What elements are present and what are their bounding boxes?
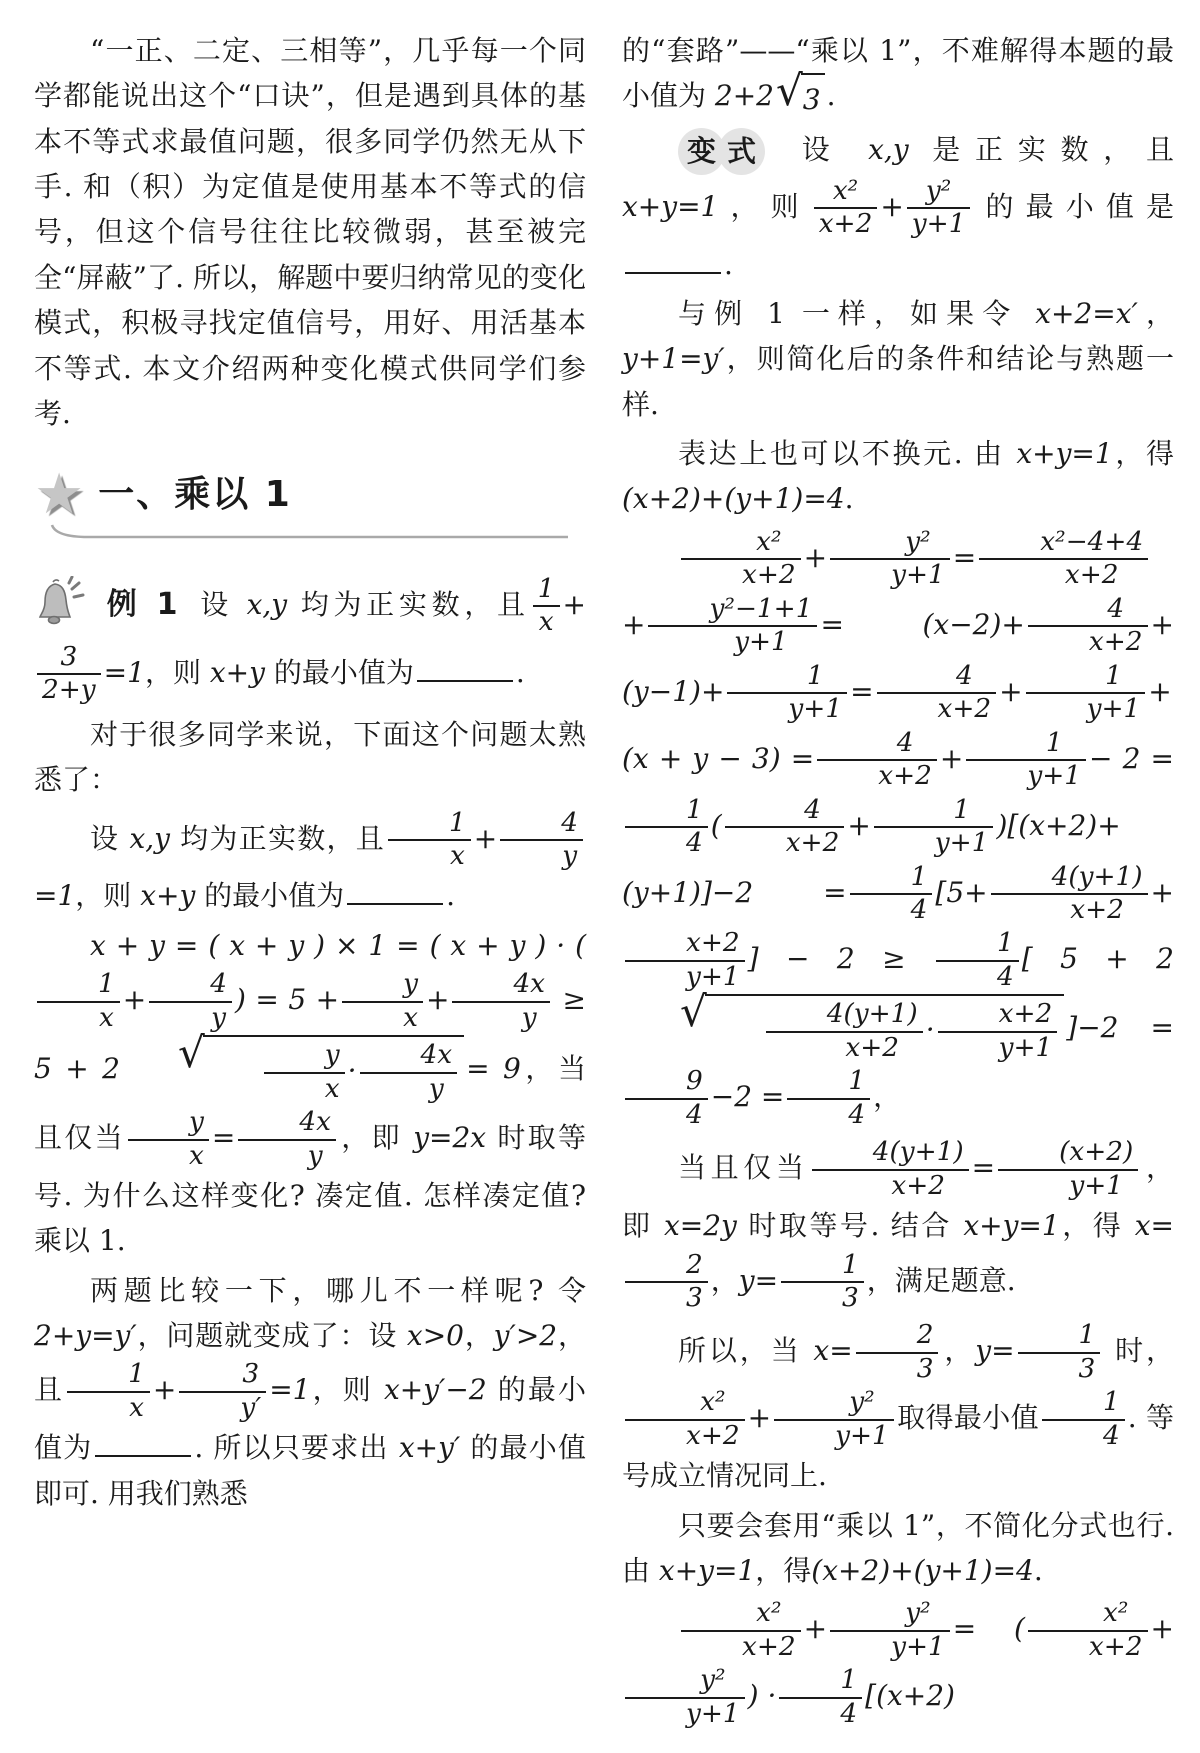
math-run: + [999,675,1022,708]
paragraph: 与例 1 一样，如果令 x+2=x′，y+1=y′，则简化后的条件和结论与熟题一… [622,291,1174,427]
fraction-denominator: y+1 [998,1171,1138,1201]
fraction-denominator: y+1 [966,761,1086,791]
fraction: 4xy [452,970,550,1033]
paragraph: 设 x,y 均为正实数，且1x+4y=1，则 x+y 的最小值为. [34,807,586,919]
math-run: = 9 [466,1052,521,1085]
fraction-denominator: 4 [936,962,1019,992]
fraction-denominator: 4 [787,1100,870,1130]
math-run: x>0 [407,1319,464,1352]
text-run: . [827,80,836,113]
math-run: x+y=1 [963,1209,1059,1242]
fraction-numerator: x² [681,528,801,560]
answer-blank [417,652,513,682]
math-run: + [426,983,449,1016]
text-run: ， [711,1264,739,1297]
text-run: ，即 [339,1121,413,1154]
text-run: 所以，当 [678,1334,813,1367]
math-run: =1 [34,879,75,912]
math-run: 2+y [34,1319,91,1352]
text-run: ，问题就变成了：设 [137,1319,407,1352]
left-column: “一正、二定、三相等”，几乎每一个同学都能说出这个“口诀”，但是遇到具体的基本不… [34,28,586,1735]
math-run: = (x−2)+ [820,608,1024,641]
fraction-numerator: 4(y+1) [766,1000,923,1032]
fraction-numerator: 4 [725,796,845,828]
fraction-denominator: x+2 [766,1033,923,1063]
fraction: y²−1+1y+1 [648,595,817,658]
math-run: + [1151,875,1174,908]
fraction-numerator: 1 [1026,662,1146,694]
math-run: x+y=1 [1016,437,1112,470]
fraction: 1y+1 [874,796,994,859]
math-run: + [748,1401,771,1434]
text-run: ，满足题意. [867,1264,1016,1297]
text-run: ，则 [311,1373,384,1406]
math-run: x+y [140,879,195,912]
fraction: x²x+2 [1028,1599,1148,1662]
math-run: 2+2 [715,80,774,113]
fraction-numerator: x² [625,1388,745,1420]
paragraph: 所以，当 x=23，y=13 时，x²x+2+y²y+1取得最小值14. 等号成… [622,1319,1174,1498]
math-run: + [847,809,870,842]
text-run: 的最小值为 [195,879,344,912]
fraction-denominator: 4 [850,895,933,925]
text-run: ， [873,1080,901,1113]
fraction: x+2y+1 [938,1000,1058,1063]
text-run: 设 [196,588,247,621]
fraction-denominator: x+2 [681,560,801,590]
left-paragraphs: 例 1设 x,y 均为正实数，且1x+32+y=1，则 x+y 的最小值为.对于… [34,573,586,1517]
math-run: + [474,822,497,855]
math-run: y′>2 [494,1319,557,1352]
math-run: + [563,588,586,621]
fraction-numerator: 9 [625,1067,708,1099]
math-run: ]−2 = [1066,1011,1174,1044]
radicand: yx·4xy [203,1035,464,1106]
fraction: y²y+1 [830,1599,950,1662]
math-run: (x+2)+(y+1)=4 [811,1554,1034,1587]
text-run: 与例 1 一样，如果令 [678,297,1035,330]
fraction: 1x [37,970,120,1033]
math-run: [(x+2) [865,1679,955,1712]
fraction-numerator: 1 [625,796,708,828]
math-run: =1 [269,1373,310,1406]
fraction-numerator: 3 [179,1360,266,1392]
fraction-numerator: 1 [850,863,933,895]
fraction-denominator: x+2 [1028,1632,1148,1662]
fraction: 1y+1 [1026,662,1146,725]
fraction-numerator: 1 [779,1666,862,1698]
text-run: ，得 [1113,437,1174,470]
fraction-denominator: 4 [625,1100,708,1130]
math-run: x + y = ( x + y ) × 1 = ( x + y ) · ( [90,929,586,962]
math-run: [ 5 + 2 [1022,942,1174,975]
fraction: 1y+1 [966,729,1086,792]
paragraph: x²x+2+y²y+1= (x²x+2+y²y+1) ·14[(x+2) [622,1597,1174,1731]
fraction-numerator: 1 [533,575,560,607]
fraction: 14 [1042,1388,1125,1451]
section-underline [48,523,572,541]
math-run: x,y [129,822,170,855]
fraction: 32+y [37,643,101,706]
fraction-denominator: 3 [781,1283,864,1313]
fraction-numerator: 4x [360,1041,458,1073]
fraction-numerator: y [128,1108,209,1140]
paragraph: 表达上也可以不换元. 由 x+y=1，得(x+2)+(y+1)=4. [622,431,1174,522]
fraction-denominator: 4 [1042,1421,1125,1451]
text-run: 时取等号. 结合 [737,1209,963,1242]
math-run: + [153,1373,176,1406]
math-run: y+1=y′ [622,342,725,375]
text-run: 是正实数，且 [909,133,1174,166]
fraction: 1x [67,1360,150,1423]
text-run: 两题比较一下，哪儿不一样呢? 令 [90,1274,586,1307]
math-run: = [953,541,976,574]
fraction-denominator: 3 [856,1354,939,1384]
text-run: 均为正实数，且 [170,822,385,855]
math-run: x+y [210,656,265,689]
variant-badge: 变式 [678,128,765,175]
fraction-denominator: y [238,1141,336,1171]
fraction: 94 [625,1067,708,1130]
text-run: 的“套路”——“乘以 1”，不难解得本题的最小值为 [622,34,1174,113]
fraction: 4(y+1)x+2 [766,1000,923,1063]
math-run: + [880,190,903,223]
fraction-denominator: x+2 [625,1421,745,1451]
fraction: 4xy [360,1041,458,1104]
fraction-numerator: 1 [936,929,1019,961]
fraction-numerator: 4 [817,729,937,761]
fraction-numerator: x² [1028,1599,1148,1631]
fraction-numerator: 1 [781,1251,864,1283]
paragraph: 对于很多同学来说，下面这个问题太熟悉了： [34,712,586,803]
sqrt-radical: √yx·4xy [122,1035,464,1106]
fraction: 4(y+1)x+2 [812,1138,969,1201]
fraction: x²x+2 [625,1388,745,1451]
fraction: 4y [500,809,583,872]
fraction: y²y+1 [625,1666,745,1729]
math-run: x+y′ [399,1431,460,1464]
fraction: yx [264,1041,345,1104]
math-run: y= [739,1264,778,1297]
fraction-numerator: 1 [966,729,1086,761]
fraction: y²y+1 [907,177,971,240]
math-run: ( [711,809,722,842]
fraction: 4x+2 [817,729,937,792]
fraction-numerator: 1 [874,796,994,828]
section-title: 一、乘以 1 [98,466,292,524]
fraction: (x+2)y+1 [998,1138,1138,1201]
fraction-denominator: x [264,1074,345,1104]
fraction-numerator: 4(y+1) [991,863,1148,895]
math-run: + [622,608,645,641]
fraction-denominator: x+2 [812,1171,969,1201]
fraction-denominator: x [342,1003,423,1033]
math-run: x+y′−2 [384,1373,487,1406]
fraction-numerator: 4 [877,662,997,694]
fraction-denominator: y+1 [1026,694,1146,724]
fraction-denominator: 2+y [37,675,101,705]
fraction-numerator: y² [774,1388,894,1420]
fraction-numerator: x²−4+4 [979,528,1148,560]
text-run: ，则 [145,656,210,689]
fraction-numerator: 3 [37,643,101,675]
math-run: = [972,1151,995,1184]
fraction-numerator: y²−1+1 [648,595,817,627]
fraction-numerator: x+2 [938,1000,1058,1032]
math-run: =y′ [91,1319,137,1352]
text-run: 当且仅当 [678,1151,809,1184]
math-run: 3 [803,83,821,116]
fraction: 1x [533,575,560,638]
fraction-denominator: y+1 [907,209,971,239]
fraction-denominator: y [360,1074,458,1104]
math-run: ) = 5 + [235,983,339,1016]
fraction: yx [342,970,423,1033]
text-run: . [1034,1554,1043,1587]
math-run: + [123,983,146,1016]
left-intro-paragraphs: “一正、二定、三相等”，几乎每一个同学都能说出这个“口诀”，但是遇到具体的基本不… [34,28,586,436]
text-run: . [724,248,733,281]
text-run: ， [464,1319,494,1352]
variant-badge-char: 式 [718,128,765,175]
fraction-denominator: x+2 [979,560,1148,590]
fraction-denominator: x+2 [725,828,845,858]
fraction: x²x+2 [681,528,801,591]
fraction: 23 [625,1251,708,1314]
fraction-numerator: 1 [388,809,471,841]
math-run: x,y [868,133,909,166]
fraction-numerator: y² [625,1666,745,1698]
right-paragraphs: 的“套路”——“乘以 1”，不难解得本题的最小值为 2+2√3.变式设 x,y … [622,28,1174,1731]
math-run: x+y=1 [659,1554,755,1587]
fraction: yx [128,1108,209,1171]
fraction-numerator: x+2 [625,929,745,961]
fraction-denominator: 3 [625,1283,708,1313]
fraction-denominator: y+1 [625,1699,745,1729]
text-run: 设 [90,822,129,855]
fraction: 4x+2 [877,662,997,725]
fraction-denominator: x+2 [814,209,878,239]
text-run: ，得 [755,1554,811,1587]
text-run: ，得 [1060,1209,1135,1242]
right-column: 的“套路”——“乘以 1”，不难解得本题的最小值为 2+2√3.变式设 x,y … [622,28,1174,1735]
bell-icon [34,576,86,641]
fraction-denominator: x+2 [817,761,937,791]
math-run: −2 = [711,1080,785,1113]
text-run: ， [941,1334,975,1367]
fraction-denominator: x [388,841,471,871]
math-run: + [940,742,963,775]
paragraph: x + y = ( x + y ) × 1 = ( x + y ) · (1x+… [34,923,586,1264]
fraction: 4y [149,970,232,1033]
fraction: x²x+2 [681,1599,801,1662]
example-label: 例 1 [102,587,178,622]
fraction-numerator: y [342,970,423,1002]
sqrt-radical: √4(y+1)x+2·x+2y+1 [624,994,1064,1065]
fraction-denominator: y+1 [830,560,950,590]
fraction-numerator: 1 [37,970,120,1002]
math-run: · [348,1054,357,1087]
fraction-denominator: 4 [625,828,708,858]
text-run: . [845,482,854,515]
fraction-denominator: y+1 [648,627,817,657]
math-run: [5+ [935,875,987,908]
math-run: = [212,1121,235,1154]
radical-sign: √ [624,991,707,1033]
fraction: 4(y+1)x+2 [991,863,1148,926]
radical-sign: √ [776,70,803,112]
math-run: = [850,675,873,708]
fraction-numerator: 4 [500,809,583,841]
math-run: = ( [953,1612,1025,1645]
math-run: y= [975,1334,1014,1367]
fraction-denominator: y [500,841,583,871]
paragraph: 变式设 x,y 是正实数，且 x+y=1，则x²x+2+y²y+1的最小值是. [622,127,1174,287]
fraction: 14 [787,1067,870,1130]
paragraph: 的“套路”——“乘以 1”，不难解得本题的最小值为 2+2√3. [622,28,1174,123]
fraction-numerator: x² [681,1599,801,1631]
fraction-denominator: x [67,1393,150,1423]
math-run: x= [813,1334,852,1367]
fraction-numerator: 1 [787,1067,870,1099]
section-header: ★ 一、乘以 1 [34,466,586,524]
fraction-denominator: y+1 [774,1421,894,1451]
fraction-denominator: x [37,1003,120,1033]
fraction: 4x+2 [1028,595,1148,658]
fraction-numerator: 4x [452,970,550,1002]
fraction-numerator: 4 [1028,595,1148,627]
radicand: 4(y+1)x+2·x+2y+1 [705,994,1065,1065]
text-run: 设 [787,133,868,166]
text-run: ，则 [718,190,810,223]
text-run: . [516,656,525,689]
fraction-numerator: 1 [727,662,847,694]
math-run: =1 [104,656,145,689]
fraction: 14 [850,863,933,926]
paragraph: 例 1设 x,y 均为正实数，且1x+32+y=1，则 x+y 的最小值为. [34,573,586,708]
fraction-numerator: y² [830,1599,950,1631]
math-run: ] − 2 ≥ [748,942,933,975]
fraction-numerator: 1 [67,1360,150,1392]
fraction: 14 [779,1666,862,1729]
fraction-denominator: y′ [179,1393,266,1423]
fraction: 13 [781,1251,864,1314]
text-run: ， [1138,297,1174,330]
fraction: 23 [856,1321,939,1384]
fraction: 13 [1018,1321,1101,1384]
fraction: 14 [936,929,1019,992]
fraction-numerator: 4x [238,1108,336,1140]
fraction-denominator: 3 [1018,1354,1101,1384]
fraction-denominator: x [533,607,560,637]
math-run: ) · [748,1679,777,1712]
text-run: 均为正实数，且 [287,588,530,621]
fraction-numerator: 1 [1042,1388,1125,1420]
fraction-numerator: (x+2) [998,1138,1138,1170]
fraction: 1x [388,809,471,872]
text-run: ，则 [75,879,140,912]
text-run: 的最小值是 [973,190,1174,223]
fraction-numerator: 1 [1018,1321,1101,1353]
fraction-denominator: y+1 [938,1033,1058,1063]
fraction: 14 [625,796,708,859]
math-run: + [804,1612,827,1645]
fraction-numerator: 4(y+1) [812,1138,969,1170]
paragraph: x²x+2+y²y+1=x²−4+4x+2+y²−1+1y+1= (x−2)+4… [622,526,1174,1132]
answer-blank [95,1427,191,1457]
article-page: “一正、二定、三相等”，几乎每一个同学都能说出这个“口诀”，但是遇到具体的基本不… [0,0,1200,1753]
fraction: x²−4+4x+2 [979,528,1148,591]
text-run: . 所以只要求出 [194,1431,398,1464]
fraction: 1y+1 [727,662,847,725]
sqrt-radical: √3 [776,73,825,122]
fraction-denominator: x+2 [991,895,1148,925]
math-run: + [1151,1612,1174,1645]
text-run: 对于很多同学来说，下面这个问题太熟悉了： [34,718,586,796]
fraction-numerator: y² [907,177,971,209]
fraction-numerator: 2 [625,1251,708,1283]
text-run: 的最小值为 [265,656,414,689]
radical-sign: √ [122,1032,205,1074]
fraction: x²x+2 [814,177,878,240]
fraction-numerator: 4 [149,970,232,1002]
paragraph: 只要会套用“乘以 1”，不简化分式也行. 由 x+y=1，得(x+2)+(y+1… [622,1503,1174,1594]
text-run: 时， [1103,1334,1174,1367]
math-run: y=2x [413,1121,486,1154]
answer-blank [347,875,443,905]
text-run: 取得最小值 [897,1401,1039,1434]
paragraph: “一正、二定、三相等”，几乎每一个同学都能说出这个“口诀”，但是遇到具体的基本不… [34,28,586,436]
star-icon: ★ [34,467,84,523]
math-run: + [804,541,827,574]
math-run: x= [1135,1209,1174,1242]
fraction: 4xy [238,1108,336,1171]
text-run: “一正、二定、三相等”，几乎每一个同学都能说出这个“口诀”，但是遇到具体的基本不… [34,34,586,430]
fraction-denominator: x+2 [681,1632,801,1662]
math-run: x+2=x′ [1035,297,1138,330]
math-run: · [926,1013,935,1046]
fraction: x+2y+1 [625,929,745,992]
fraction-denominator: x [128,1141,209,1171]
answer-blank [625,244,721,274]
math-run: x=2y [664,1209,737,1242]
fraction-denominator: x+2 [877,694,997,724]
fraction-numerator: y² [830,528,950,560]
text-run: . [446,879,455,912]
fraction-denominator: 4 [779,1699,862,1729]
math-run: (x+2)+(y+1)=4 [622,482,845,515]
fraction-denominator: y [452,1003,550,1033]
paragraph: 当且仅当4(y+1)x+2=(x+2)y+1，即 x=2y 时取等号. 结合 x… [622,1136,1174,1315]
text-run: 表达上也可以不换元. 由 [678,437,1016,470]
paragraph: 两题比较一下，哪儿不一样呢? 令 2+y=y′，问题就变成了：设 x>0，y′>… [34,1268,586,1516]
math-run: x,y [247,588,288,621]
fraction-denominator: y+1 [874,828,994,858]
fraction: y²y+1 [830,528,950,591]
fraction: 3y′ [179,1360,266,1423]
fraction-denominator: x+2 [1028,627,1148,657]
math-run: − 2 = [1089,742,1174,775]
fraction-numerator: x² [814,177,878,209]
fraction: y²y+1 [774,1388,894,1451]
fraction-numerator: y [264,1041,345,1073]
fraction-denominator: y+1 [830,1632,950,1662]
radicand: 3 [801,73,825,122]
fraction-numerator: 2 [856,1321,939,1353]
fraction-denominator: y+1 [727,694,847,724]
fraction: 4x+2 [725,796,845,859]
math-run: x+y=1 [622,190,718,223]
